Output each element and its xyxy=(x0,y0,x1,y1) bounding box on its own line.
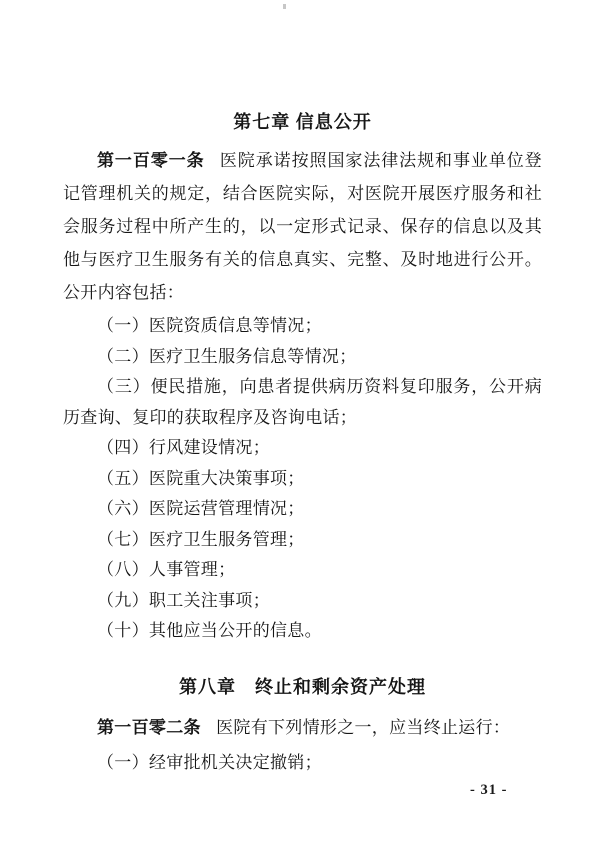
article-101-paragraph: 第一百零一条医院承诺按照国家法律法规和事业单位登记管理机关的规定，结合医院实际，… xyxy=(63,144,542,309)
list-item: （十）其他应当公开的信息。 xyxy=(63,616,542,647)
document-page: 第七章 信息公开 第一百零一条医院承诺按照国家法律法规和事业单位登记管理机关的规… xyxy=(0,0,600,851)
list-item: （八）人事管理； xyxy=(63,555,542,586)
list-item: （二）医疗卫生服务信息等情况； xyxy=(63,342,542,373)
chapter7-heading: 第七章 信息公开 xyxy=(63,110,542,134)
list-item: （四）行风建设情况； xyxy=(63,433,542,464)
page-number: - 31 - xyxy=(470,782,507,799)
chapter8-items: （一）经审批机关决定撤销； xyxy=(63,746,542,779)
list-item: （三）便民措施，向患者提供病历资料复印服务，公开病历查询、复印的获取程序及咨询电… xyxy=(63,372,542,433)
article-102-text: 医院有下列情形之一，应当终止运行： xyxy=(216,718,510,737)
list-item: （九）职工关注事项； xyxy=(63,586,542,617)
article-102-number: 第一百零二条 xyxy=(97,718,201,737)
scan-artifact xyxy=(283,4,286,9)
list-item: （七）医疗卫生服务管理； xyxy=(63,525,542,556)
list-item: （一）医院资质信息等情况； xyxy=(63,311,542,342)
list-item: （六）医院运营管理情况； xyxy=(63,494,542,525)
page-content: 第七章 信息公开 第一百零一条医院承诺按照国家法律法规和事业单位登记管理机关的规… xyxy=(63,110,542,779)
article-102-paragraph: 第一百零二条医院有下列情形之一，应当终止运行： xyxy=(63,711,542,744)
article-101-number: 第一百零一条 xyxy=(97,151,205,170)
chapter7-items: （一）医院资质信息等情况； （二）医疗卫生服务信息等情况； （三）便民措施，向患… xyxy=(63,311,542,647)
list-item: （一）经审批机关决定撤销； xyxy=(63,746,542,779)
list-item: （五）医院重大决策事项； xyxy=(63,464,542,495)
article-101-text: 医院承诺按照国家法律法规和事业单位登记管理机关的规定，结合医院实际，对医院开展医… xyxy=(63,151,542,302)
chapter8-heading: 第八章 终止和剩余资产处理 xyxy=(63,675,542,699)
